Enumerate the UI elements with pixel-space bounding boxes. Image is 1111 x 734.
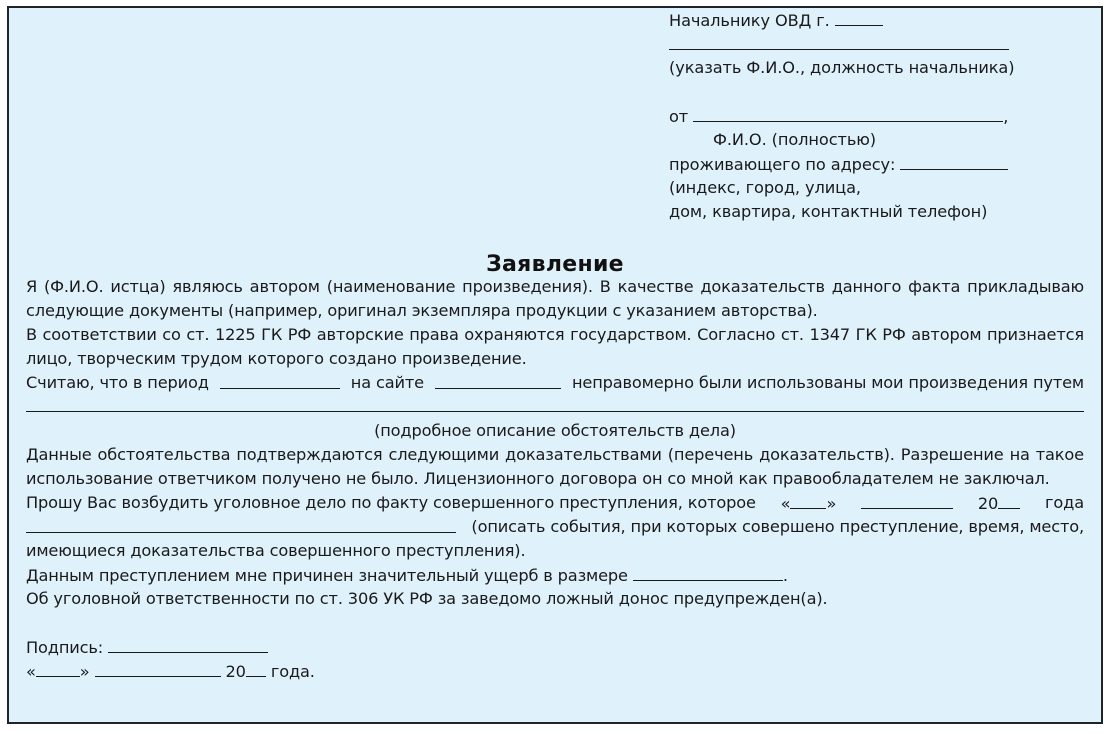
from-comma: , [1003, 107, 1008, 126]
signature-line: Подпись: [26, 635, 1084, 659]
paragraph-legal-basis: В соответствии со ст. 1225 ГК РФ авторск… [26, 323, 1084, 371]
liability-warning: Об уголовной ответственности по ст. 306 … [26, 587, 1084, 611]
address-line: проживающего по адресу: [669, 152, 1029, 176]
events-hint-cont: имеющиеся доказательства совершенного пр… [26, 539, 1084, 563]
addressee-name-line [669, 32, 1029, 56]
paragraph-infringement-line: Считаю, что в период на сайте неправомер… [26, 371, 1084, 395]
crime-day-blank[interactable] [790, 491, 826, 509]
addressee-line: Начальнику ОВД г. [669, 8, 1029, 32]
infringement-label: неправомерно были использованы мои произ… [572, 371, 1084, 395]
date-day-blank[interactable] [36, 659, 80, 677]
addressee-hint: (указать Ф.И.О., должность начальника) [669, 56, 1029, 80]
city-blank[interactable] [835, 8, 883, 26]
crime-date-day: «» [781, 491, 837, 515]
events-blank[interactable] [26, 515, 456, 533]
from-line: от , [669, 104, 1029, 128]
address-label: проживающего по адресу: [669, 155, 895, 174]
header-spacer [669, 80, 1029, 104]
addressee-label: Начальнику ОВД г. [669, 11, 830, 30]
from-label: от [669, 107, 688, 126]
address-blank[interactable] [900, 152, 1008, 170]
period-label: Считаю, что в период [26, 371, 209, 395]
crime-month-blank[interactable] [861, 491, 953, 509]
case-description-blank[interactable] [26, 395, 1084, 419]
fio-hint: Ф.И.О. (полностью) [669, 128, 1029, 152]
damage-label: Данным преступлением мне причинен значит… [26, 566, 628, 585]
date-year-blank[interactable] [246, 659, 266, 677]
address-hint-1: (индекс, город, улица, [669, 176, 1029, 200]
statement-form-frame: Начальнику ОВД г. (указать Ф.И.О., должн… [7, 6, 1103, 724]
addressee-block: Начальнику ОВД г. (указать Ф.И.О., должн… [669, 8, 1029, 224]
period-blank[interactable] [220, 371, 340, 389]
paragraph-authorship: Я (Ф.И.О. истца) являюсь автором (наимен… [26, 275, 1084, 323]
date-year-suffix: года. [271, 662, 315, 681]
applicant-name-blank[interactable] [693, 104, 1003, 122]
signature-blank[interactable] [108, 635, 268, 653]
site-blank[interactable] [435, 371, 561, 389]
date-line: «» 20 года. [26, 659, 1084, 683]
signature-label: Подпись: [26, 638, 103, 657]
events-hint: (описать события, при которых совершено … [471, 515, 1084, 539]
damage-amount-blank[interactable] [633, 563, 783, 581]
address-hint-2: дом, квартира, контактный телефон) [669, 200, 1029, 224]
events-line: (описать события, при которых совершено … [26, 515, 1084, 539]
crime-year: 20 [978, 491, 1020, 515]
case-description-hint: (подробное описание обстоятельств дела) [26, 419, 1084, 443]
paragraph-evidence: Данные обстоятельства подтверждаются сле… [26, 443, 1084, 491]
site-label: на сайте [351, 371, 424, 395]
damage-line: Данным преступлением мне причинен значит… [26, 563, 1084, 587]
chief-name-blank[interactable] [669, 32, 1009, 50]
request-label: Прошу Вас возбудить уголовное дело по фа… [26, 491, 756, 515]
crime-year-suffix: года [1045, 491, 1084, 515]
date-month-blank[interactable] [95, 659, 221, 677]
crime-year-blank[interactable] [998, 491, 1020, 509]
request-line: Прошу Вас возбудить уголовное дело по фа… [26, 491, 1084, 515]
signature-spacer [26, 611, 1084, 635]
statement-body: Я (Ф.И.О. истца) являюсь автором (наимен… [26, 275, 1084, 683]
